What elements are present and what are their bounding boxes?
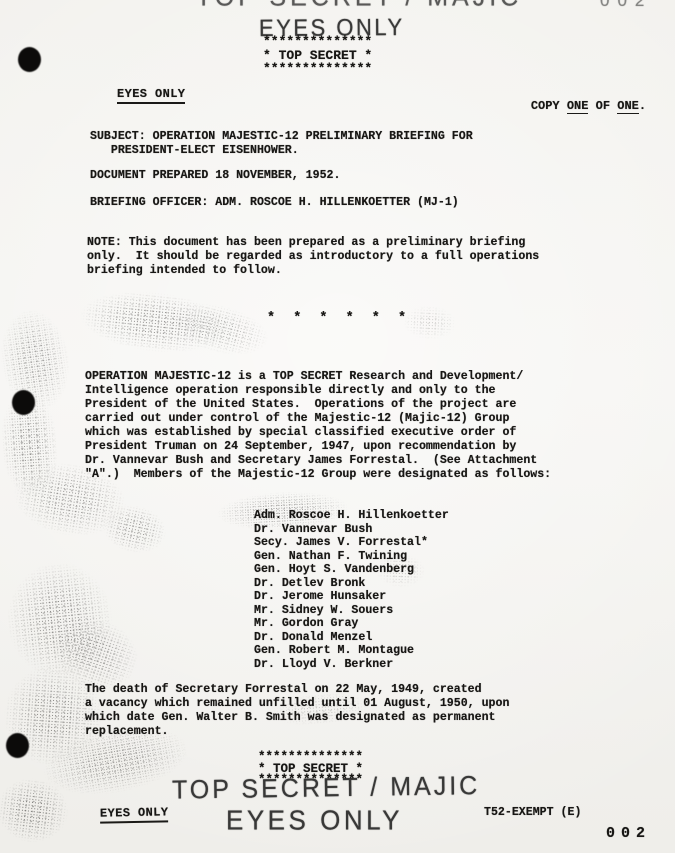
eyes-only-footer: EYES ONLY — [100, 805, 169, 823]
document-prepared-line: DOCUMENT PREPARED 18 NOVEMBER, 1952. — [90, 169, 340, 183]
closing-paragraph: The death of Secretary Forrestal on 22 M… — [85, 683, 509, 739]
toner-smudge — [0, 536, 138, 705]
copy-one-1: ONE — [567, 99, 589, 114]
page-number-bottom: 002 — [606, 825, 651, 842]
toner-smudge — [0, 287, 89, 433]
copy-label: COPY — [531, 99, 567, 113]
note-paragraph: NOTE: This document has been prepared as… — [87, 236, 539, 278]
eyes-only-stamp-top: EYES ONLY — [259, 13, 405, 42]
eyes-only-stamp-bottom: EYES ONLY — [226, 804, 403, 837]
body-paragraph: OPERATION MAJESTIC-12 is a TOP SECRET Re… — [85, 370, 551, 482]
toner-smudge — [0, 370, 72, 520]
subject-line: SUBJECT: OPERATION MAJESTIC-12 PRELIMINA… — [90, 130, 473, 158]
punch-hole — [6, 733, 29, 758]
copy-line: COPY ONE OF ONE. — [502, 85, 646, 127]
document-page: TOP SECRET / MAJIC 002 EYES ONLY *******… — [0, 0, 675, 853]
toner-smudge — [149, 283, 290, 375]
eyes-only-header: EYES ONLY — [117, 87, 185, 104]
page-number-top: 002 — [600, 0, 652, 11]
top-secret-majic-stamp-top: TOP SECRET / MAJIC — [196, 0, 522, 13]
copy-one-2: ONE — [617, 99, 639, 114]
punch-hole — [12, 390, 35, 415]
toner-smudge — [86, 490, 182, 568]
copy-period: . — [639, 99, 646, 113]
members-list: Adm. Roscoe H. Hillenkoetter Dr. Vanneva… — [254, 509, 449, 671]
briefing-officer-line: BRIEFING OFFICER: ADM. ROSCOE H. HILLENK… — [90, 196, 459, 210]
exempt-marking: T52-EXEMPT (E) — [484, 806, 581, 819]
punch-hole — [18, 47, 41, 72]
copy-of: OF — [588, 99, 617, 113]
toner-smudge — [51, 273, 258, 371]
toner-smudge — [0, 763, 85, 853]
asterisk-separator: * * * * * * — [267, 311, 411, 326]
top-secret-majic-stamp-bottom: TOP SECRET / MAJIC — [172, 771, 481, 806]
